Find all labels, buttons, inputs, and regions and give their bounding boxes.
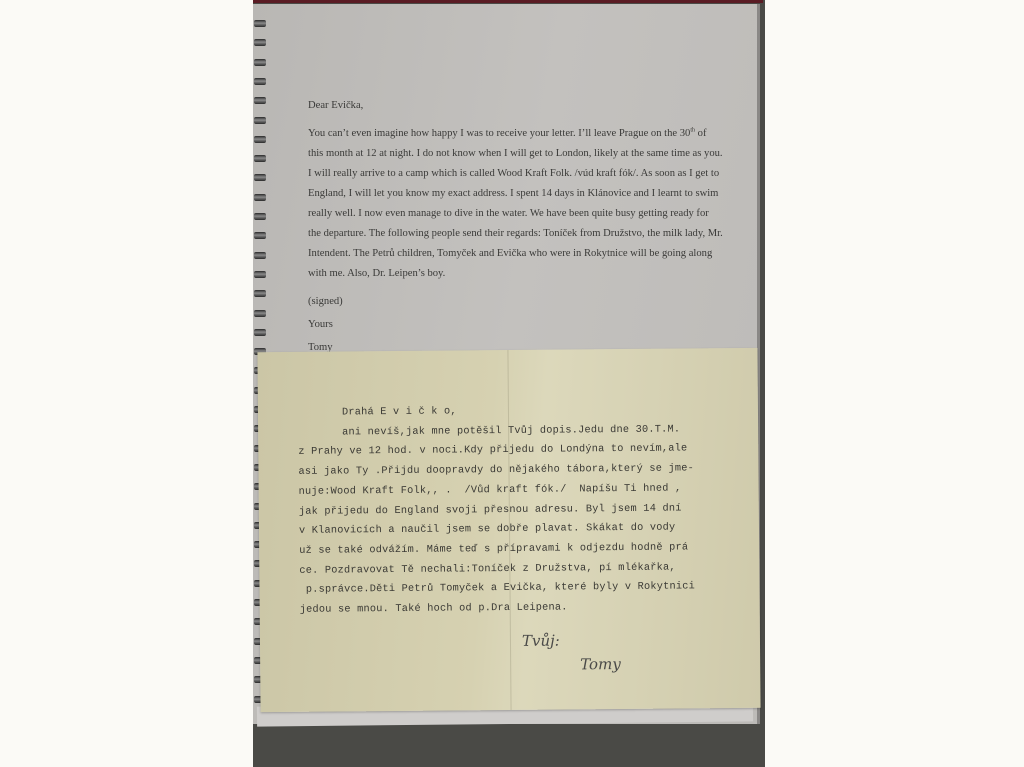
spiral-coil	[254, 136, 266, 143]
spiral-coil	[254, 290, 266, 297]
spiral-coil	[254, 310, 266, 317]
spiral-coil	[254, 20, 266, 27]
spiral-coil	[254, 271, 266, 278]
typed-line: p.správce.Děti Petrů Tomyček a Evička, k…	[299, 577, 739, 601]
spiral-coil	[254, 329, 266, 336]
spiral-coil	[254, 194, 266, 201]
translation-signed-note: (signed)	[308, 292, 723, 312]
english-translation: Dear Evička, You can’t even imagine how …	[308, 96, 723, 361]
document-photo: Dear Evička, You can’t even imagine how …	[253, 0, 765, 767]
typed-letter-body: Drahá E v i č k o, ani nevíš,jak mne pot…	[298, 400, 740, 621]
spiral-coil	[254, 213, 266, 220]
handwritten-signature: Tomy	[580, 655, 621, 673]
spiral-coil	[254, 174, 266, 181]
translation-body: You can’t even imagine how happy I was t…	[308, 124, 723, 284]
spiral-coil	[254, 78, 266, 85]
translation-closing: Yours	[308, 315, 723, 335]
binder-edge	[253, 0, 763, 3]
spiral-coil	[254, 155, 266, 162]
handwritten-closing: Tvůj:	[522, 632, 560, 650]
spiral-coil	[254, 232, 266, 239]
spiral-coil	[254, 252, 266, 259]
spiral-coil	[254, 39, 266, 46]
spiral-coil	[254, 59, 266, 66]
translation-salutation: Dear Evička,	[308, 96, 723, 116]
original-typed-letter: Drahá E v i č k o, ani nevíš,jak mne pot…	[257, 348, 760, 712]
spiral-coil	[254, 97, 266, 104]
spiral-coil	[254, 117, 266, 124]
typed-lines: ani nevíš,jak mne potěšil Tvůj dopis.Jed…	[298, 420, 740, 621]
typed-line: jedou se mnou. Také hoch od p.Dra Leipen…	[300, 597, 740, 621]
